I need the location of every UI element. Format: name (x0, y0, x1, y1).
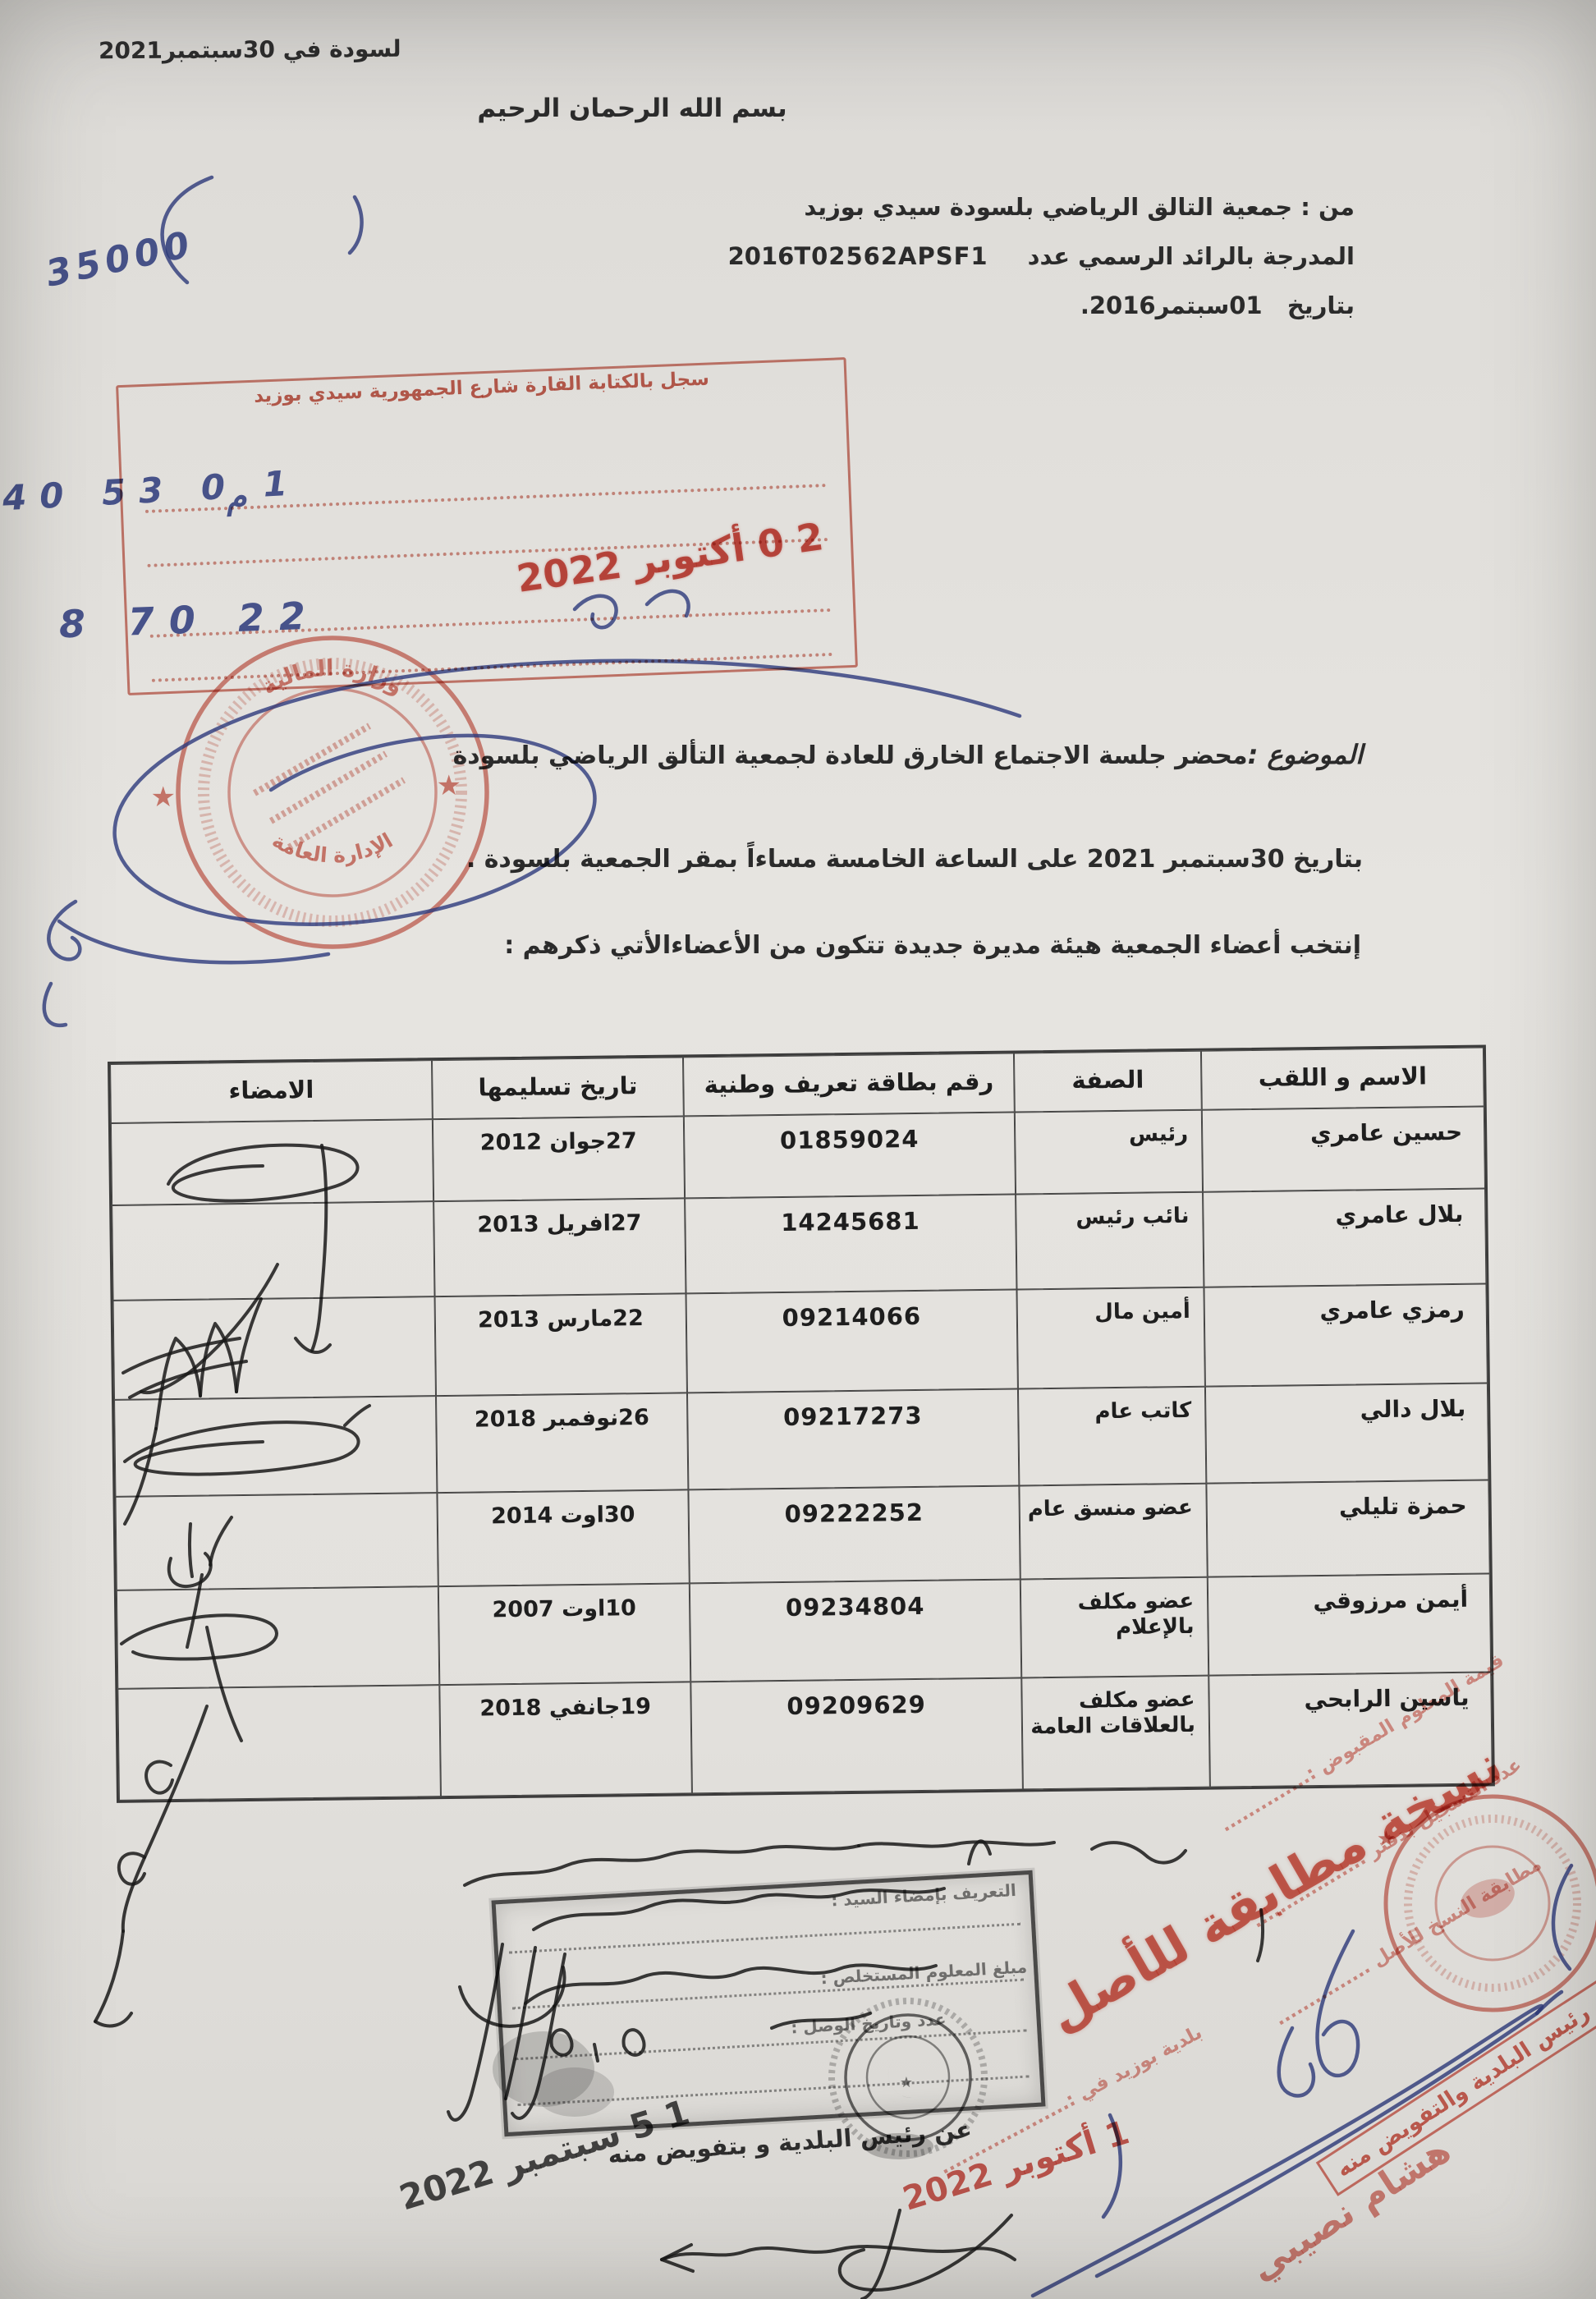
sender-registry-date: بتاريخ 01سبتمر2016. (728, 281, 1355, 330)
table-row-id: 09217273 (687, 1388, 1019, 1489)
handwriting-line-above-frame (859, 1842, 1054, 1846)
reg-frame-dotted-line (517, 2075, 1029, 2106)
svg-text:الإدارة العامة: الإدارة العامة (268, 828, 397, 868)
tax-receipt-stamp-header: سجل بالكتابة القارة شارع الجمهورية سيدي … (118, 363, 844, 412)
table-row-date: 27افريل 2013 (433, 1198, 686, 1296)
receipt-dotted-line (151, 653, 832, 682)
intro-line: إنتخب أعضاء الجمعية هيئة مديرة جديدة تتك… (504, 931, 1361, 960)
blue-hook-right-edge (1553, 1865, 1571, 1969)
table-row-date: 22مارس 2013 (435, 1293, 687, 1396)
reg-frame-label-identify: التعريف بإمضاء السيد : (831, 1880, 1017, 1911)
table-row-role: عضو مكلف بالإعلام (1020, 1577, 1208, 1678)
handwriting-line-above-frame (969, 1841, 990, 1864)
table-row-id: 09234804 (690, 1579, 1021, 1682)
table-row-signature-cell (117, 1586, 439, 1689)
table-row-role: رئيس (1015, 1110, 1203, 1195)
blue-margin-mark (44, 984, 66, 1026)
table-row-id: 09214066 (686, 1289, 1018, 1393)
subject-line1: الموضوع :محضر جلسة الاجتماع الخارق للعاد… (453, 703, 1363, 808)
table-row-date: 30اوت 2014 (437, 1489, 689, 1586)
table-row-date: 10اوت 2007 (438, 1583, 690, 1685)
col-header-id: رقم بطاقة تعريف وطنية (683, 1053, 1015, 1117)
reg-frame-label-receipt: عدد وتاريخ الوصل : (791, 2009, 947, 2038)
col-header-name: الاسم و اللقب (1201, 1048, 1484, 1110)
table-row-signature-cell (114, 1396, 437, 1497)
registration-stamp-frame: التعريف بإمضاء السيد : مبلغ المعلوم المس… (491, 1870, 1045, 2136)
members-table: الاسم و اللقب الصفة رقم بطاقة تعريف وطني… (108, 1044, 1495, 1802)
reg-frame-dotted-line (512, 1979, 1024, 2010)
table-row-role: أمين مال (1016, 1287, 1204, 1389)
bottom-signature (662, 2246, 1015, 2260)
table-row-date: 19جانفي 2018 (439, 1682, 692, 1797)
table-row-id: 09209629 (690, 1677, 1023, 1793)
subject-block: الموضوع :محضر جلسة الاجتماع الخارق للعاد… (453, 703, 1363, 911)
table-row-date: 26نوفمبر 2018 (436, 1393, 688, 1493)
sender-block: من : جمعية التالق الرياضي بلسودة سيدي بو… (728, 182, 1355, 330)
table-row-signature-cell (117, 1685, 441, 1801)
handwritten-amount: 35000 (42, 223, 198, 296)
table-row-name: بلال عامري (1203, 1189, 1486, 1287)
sender-from-line: من : جمعية التالق الرياضي بلسودة سيدي بو… (728, 182, 1355, 232)
blue-signature-bottom-right (1279, 2028, 1314, 2095)
table-row-name: حسين عامري (1202, 1107, 1485, 1192)
scanned-document-page: لسودة في 30سبتمبر2021 بسم الله الرحمان ا… (0, 0, 1596, 2299)
col-header-date: تاريخ تسليمها (432, 1057, 684, 1119)
table-row-id: 09222252 (688, 1485, 1020, 1583)
handwriting-line-above-frame (465, 1846, 859, 1885)
table-row-role: نائب رئيس (1016, 1192, 1204, 1290)
blue-loop-under (59, 921, 328, 962)
subject-label: الموضوع : (1248, 739, 1363, 770)
bottom-signature (662, 2245, 693, 2271)
header-date: لسودة في 30سبتمبر2021 (99, 35, 401, 65)
reg-frame-dotted-line (515, 2030, 1026, 2061)
basmala-line: بسم الله الرحمان الرحيم (427, 94, 837, 123)
table-row-signature-cell (111, 1119, 433, 1205)
registry-number: 2016T02562APSF1 (728, 242, 988, 270)
table-row-id: 14245681 (685, 1194, 1016, 1293)
col-header-signature: الامضاء (110, 1060, 433, 1123)
col-header-role: الصفة (1014, 1051, 1202, 1113)
table-row-id: 01859024 (684, 1113, 1016, 1199)
receipt-dotted-line (149, 608, 831, 638)
bottom-signature (862, 2210, 900, 2299)
table-row-name: حمزة تليلي (1206, 1480, 1489, 1576)
signature-row-7 (95, 2013, 131, 2026)
table-row-date: 27جوان 2012 (433, 1116, 685, 1201)
table-row-role: عضو مكلف بالعلاقات العامة (1021, 1676, 1210, 1790)
table-row-name: أيمن مرزوقي (1208, 1573, 1491, 1675)
finance-stamp-star-left: ★ (151, 781, 176, 814)
table-row-signature-cell (115, 1493, 438, 1590)
table-row-signature-cell (112, 1201, 434, 1301)
subject-line2: بتاريخ 30سبتمبر 2021 على الساعة الخامسة … (453, 808, 1363, 911)
table-row-signature-cell (113, 1296, 436, 1400)
handwriting-line-above-frame (1092, 1842, 1186, 1862)
receipt-dotted-line (144, 484, 826, 513)
bottom-signature (840, 2215, 1011, 2290)
blue-paren-stroke (163, 177, 212, 282)
handwriting-tall-strokes (448, 1944, 502, 2120)
table-row-name: رمزي عامري (1204, 1284, 1487, 1387)
finance-stamp-bottom-text: الإدارة العامة (268, 828, 397, 868)
table-row-role: عضو منسق عام (1019, 1484, 1207, 1580)
reg-frame-dotted-line (509, 1923, 1020, 1954)
table-row-role: كاتب عام (1018, 1387, 1206, 1486)
sender-registry-line: المدرجة بالرائد الرسمي عدد2016T02562APSF… (728, 232, 1355, 281)
subject-text1: محضر جلسة الاجتماع الخارق للعادة لجمعية … (453, 741, 1248, 770)
registry-label: المدرجة بالرائد الرسمي عدد (1028, 242, 1355, 270)
signature-row-7 (119, 1853, 144, 1884)
blue-tail-stroke (350, 197, 362, 253)
signature-row-7 (95, 1931, 123, 2021)
blue-margin-mark (48, 902, 80, 959)
table-row-name: بلال دالي (1205, 1383, 1488, 1483)
